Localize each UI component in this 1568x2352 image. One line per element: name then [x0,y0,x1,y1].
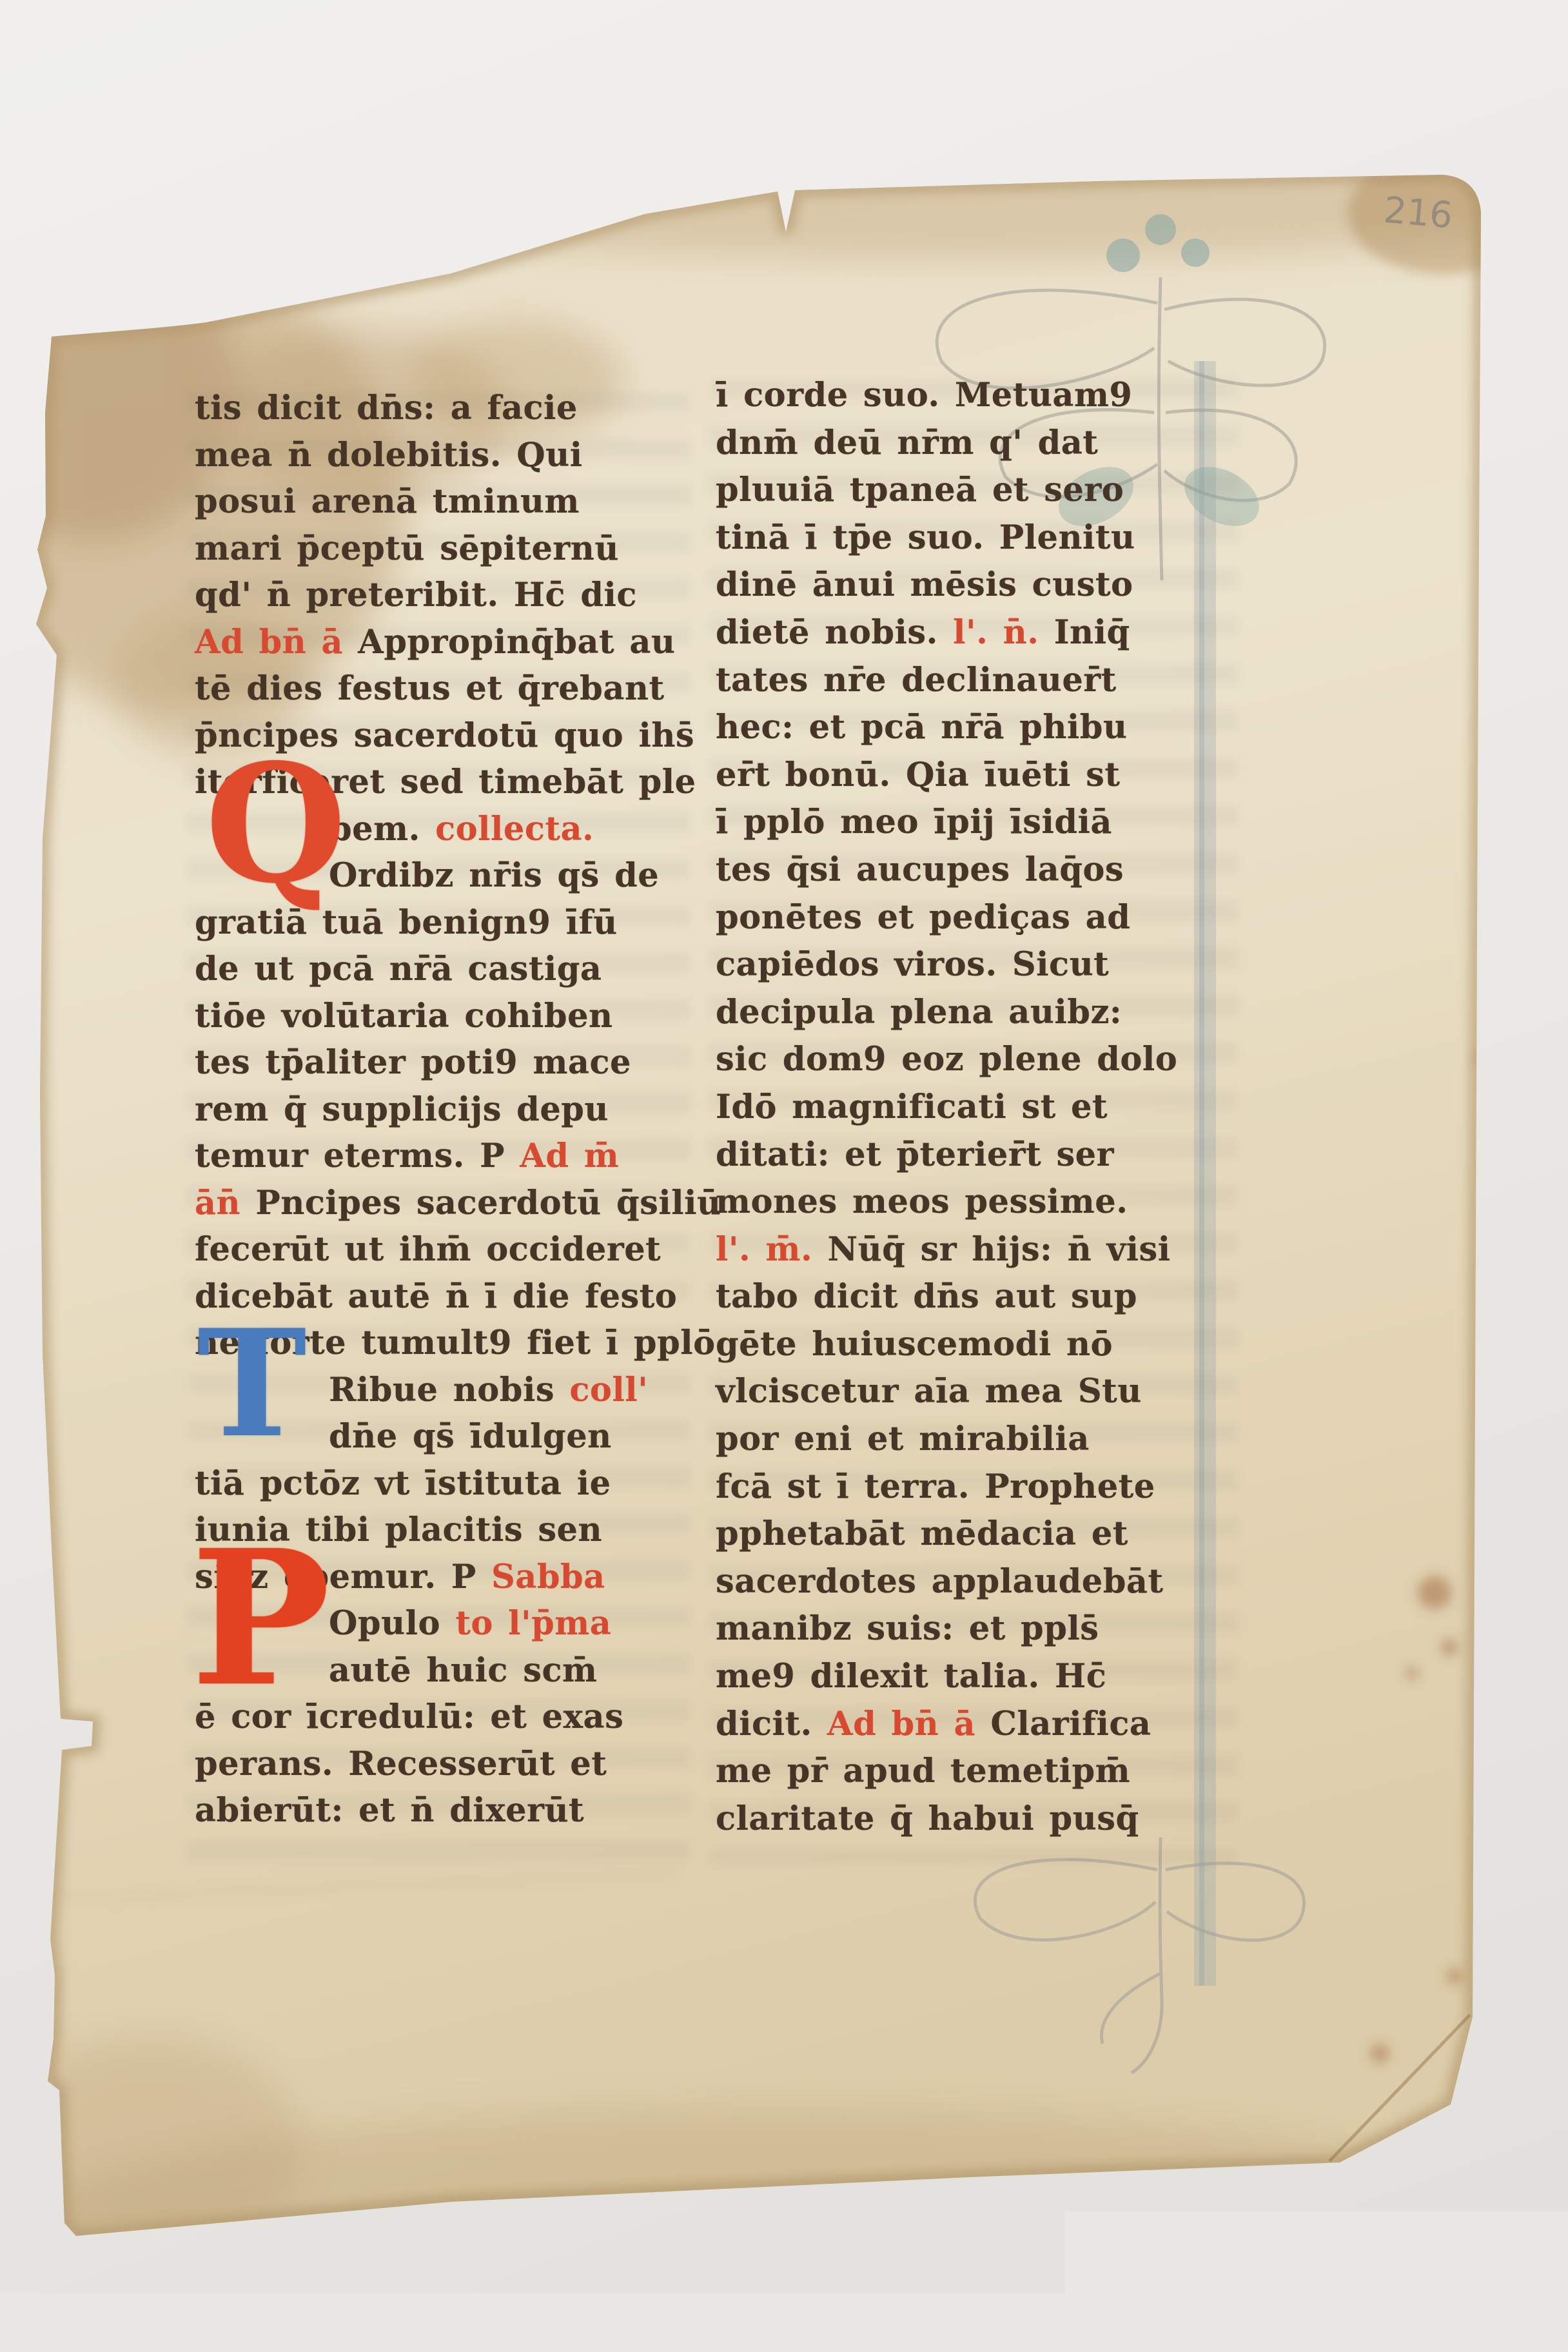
body-text: me9 dilexit talia. Hc̄ [716,1657,1106,1696]
text-line: tabo dicit dn̄s aut sup [716,1273,1251,1320]
drop-cap-p-red: P [191,1525,331,1711]
body-text: dietē nobis. [716,613,953,652]
body-text: claritate q̄ habui pusq̄ [716,1799,1139,1838]
text-line: pluuiā tpaneā et sero [716,466,1251,514]
rubric-text: l'. m̄. [716,1230,827,1269]
body-text: tis dicit dn̄s: a facie [195,389,578,427]
body-text: Pncipes sacerdotū q̄siliū [255,1184,721,1222]
text-line: Idō magnificati st et [716,1083,1251,1131]
text-line: decipula plena auibz: [716,988,1251,1036]
body-text: ī pplō meo īpij īsidiā [716,803,1112,841]
body-text: dn̄e qs̄ īdulgen [329,1417,612,1456]
body-text: Ribue nobis [329,1371,569,1409]
body-text: qd' n̄ preteribit. Hc̄ dic [195,576,637,614]
rubric-text: Sabba [491,1558,605,1596]
body-text: tabo dicit dn̄s aut sup [716,1277,1137,1316]
body-text: fcā st ī terra. Prophete [716,1467,1155,1506]
text-column-right: ī corde suo. Metuam9dnm̄ deū nr̄m q' dat… [716,371,1251,1842]
body-text: posui arenā tminum [195,482,580,521]
drop-cap-q-red: Q [205,743,347,905]
body-text: sic dom9 eoz plene dolo [716,1040,1177,1079]
body-text: fecerūt ut ihm̄ occideret [195,1230,661,1269]
text-line: dinē ānui mēsis custo [716,561,1251,609]
body-text: dnm̄ deū nr̄m q' dat [716,424,1098,462]
text-line: por eni et mirabilia [716,1415,1251,1463]
text-line: mea n̄ dolebitis. Qui [195,431,698,478]
body-text: mea n̄ dolebitis. Qui [195,436,583,475]
body-text: Opulo [329,1604,455,1643]
text-line: tis dicit dn̄s: a facie [195,384,698,431]
body-text: tiōe volūtaria cohiben [195,997,613,1035]
text-line: me pr̄ apud temetipm̄ [716,1747,1251,1795]
body-text: perans. Recesserūt et [195,1745,607,1783]
text-line: dnm̄ deū nr̄m q' dat [716,419,1251,467]
text-line: sic dom9 eoz plene dolo [716,1035,1251,1083]
text-line: perans. Recesserūt et [195,1740,698,1787]
text-line: Ad bn̄ ā Appropinq̄bat au [195,618,698,665]
body-text: rem q̄ supplicijs depu [195,1090,609,1129]
body-text: ditati: et p̄terier̄t ser [716,1135,1114,1174]
body-text: Idō magnificati st et [716,1088,1108,1126]
rubric-text: Ad m̄ [520,1137,619,1175]
body-text: tates nr̄e declinauer̄t [716,661,1117,700]
text-line: hec: et pcā nr̄ā phibu [716,703,1251,751]
body-text: tes q̄si aucupes laq̄os [716,850,1124,889]
text-line: ditati: et p̄terier̄t ser [716,1131,1251,1179]
body-text: Iniq̄ [1054,613,1130,652]
text-line: capiēdos viros. Sicut [716,941,1251,988]
text-line: temur eterms. P Ad m̄ [195,1132,698,1179]
text-line: mari p̄ceptū sēpiternū [195,525,698,572]
text-line: fcā st ī terra. Prophete [716,1463,1251,1511]
body-text: gēte huiuscemodi nō [716,1325,1113,1364]
body-text: dinē ānui mēsis custo [716,565,1133,604]
body-text: por eni et mirabilia [716,1420,1090,1458]
text-line: tiōe volūtaria cohiben [195,992,698,1039]
text-line: de ut pcā nr̄ā castiga [195,945,698,992]
body-text: manibz suis: et ppls̄ [716,1609,1099,1648]
text-line: dicit. Ad bn̄ ā Clarifica [716,1700,1251,1748]
rubric-text: Ad bn̄ ā [827,1705,990,1743]
text-line: ī corde suo. Metuam9 [716,371,1251,419]
text-line: er̄t bonū. Qia īuēti st [716,751,1251,799]
body-text: pluuiā tpaneā et sero [716,471,1124,509]
text-line: sacerdotes applaudebāt [716,1558,1251,1605]
text-line: claritate q̄ habui pusq̄ [716,1795,1251,1843]
body-text: hec: et pcā nr̄ā phibu [716,708,1128,747]
text-line: ī pplō meo īpij īsidiā [716,798,1251,846]
text-line: ponētes et pediças ad [716,894,1251,941]
body-text: abierūt: et n̄ dixerūt [195,1791,584,1830]
body-text: Clarifica [990,1705,1151,1743]
text-line: pphetabāt mēdacia et [716,1510,1251,1558]
body-text: Appropinq̄bat au [358,623,675,661]
rubric-text: collecta. [435,810,594,848]
text-line: mones meos pessime. [716,1178,1251,1226]
drop-cap-t-blue: T [197,1310,307,1457]
rubric-text: Ad bn̄ ā [195,623,358,661]
body-text: mari p̄ceptū sēpiternū [195,529,619,568]
text-line: tates nr̄e declinauer̄t [716,656,1251,704]
rubric-text: ān̄ [195,1184,255,1222]
text-line: tes q̄si aucupes laq̄os [716,846,1251,894]
body-text: ponētes et pediças ad [716,898,1130,937]
body-text: mones meos pessime. [716,1182,1128,1221]
manuscript-photo: 216 tis dicit dn̄s: a faciemea n̄ dolebi… [0,0,1568,2352]
text-line: posui arenā tminum [195,478,698,525]
body-text: Ordibz nr̄is qs̄ de [329,856,659,895]
body-text: er̄t bonū. Qia īuēti st [716,756,1120,794]
rubric-text: coll' [569,1371,648,1409]
text-line: gēte huiuscemodi nō [716,1320,1251,1368]
body-text: tes tp̄aliter poti9 mace [195,1043,631,1082]
body-text: ī corde suo. Metuam9 [716,376,1132,415]
text-line: tē dies festus et q̄rebant [195,665,698,712]
text-line: rem q̄ supplicijs depu [195,1086,698,1133]
rubric-text: l'. n̄. [953,613,1054,652]
text-line: me9 dilexit talia. Hc̄ [716,1652,1251,1700]
body-text: tē dies festus et q̄rebant [195,669,665,708]
body-text: Nūq̄ sr hijs: n̄ visi [827,1230,1170,1269]
body-text: tinā ī tp̄e suo. Plenitu [716,518,1135,557]
text-line: qd' n̄ preteribit. Hc̄ dic [195,571,698,618]
text-line: l'. m̄. Nūq̄ sr hijs: n̄ visi [716,1226,1251,1273]
body-text: pphetabāt mēdacia et [716,1514,1128,1553]
text-line: ān̄ Pncipes sacerdotū q̄siliū [195,1179,698,1226]
body-text: de ut pcā nr̄ā castiga [195,950,602,988]
text-line: abierūt: et n̄ dixerūt [195,1787,698,1834]
body-text: autē huic scm̄ [329,1651,597,1690]
text-line: manibz suis: et ppls̄ [716,1605,1251,1652]
rubric-text: to l'p̄ma [455,1604,611,1643]
body-text: temur eterms. P [195,1137,520,1175]
text-line: tes tp̄aliter poti9 mace [195,1039,698,1086]
text-line: fecerūt ut ihm̄ occideret [195,1226,698,1273]
text-line: vlciscetur aīa mea Stu [716,1367,1251,1415]
body-text: decipula plena auibz: [716,993,1122,1032]
text-line: dietē nobis. l'. n̄. Iniq̄ [716,609,1251,656]
body-text: me pr̄ apud temetipm̄ [716,1752,1130,1790]
body-text: vlciscetur aīa mea Stu [716,1372,1142,1411]
folio-number: 216 [1382,189,1454,237]
body-text: capiēdos viros. Sicut [716,945,1109,984]
text-line: tinā ī tp̄e suo. Plenitu [716,514,1251,562]
body-text: dicit. [716,1705,827,1743]
body-text: sacerdotes applaudebāt [716,1562,1164,1601]
